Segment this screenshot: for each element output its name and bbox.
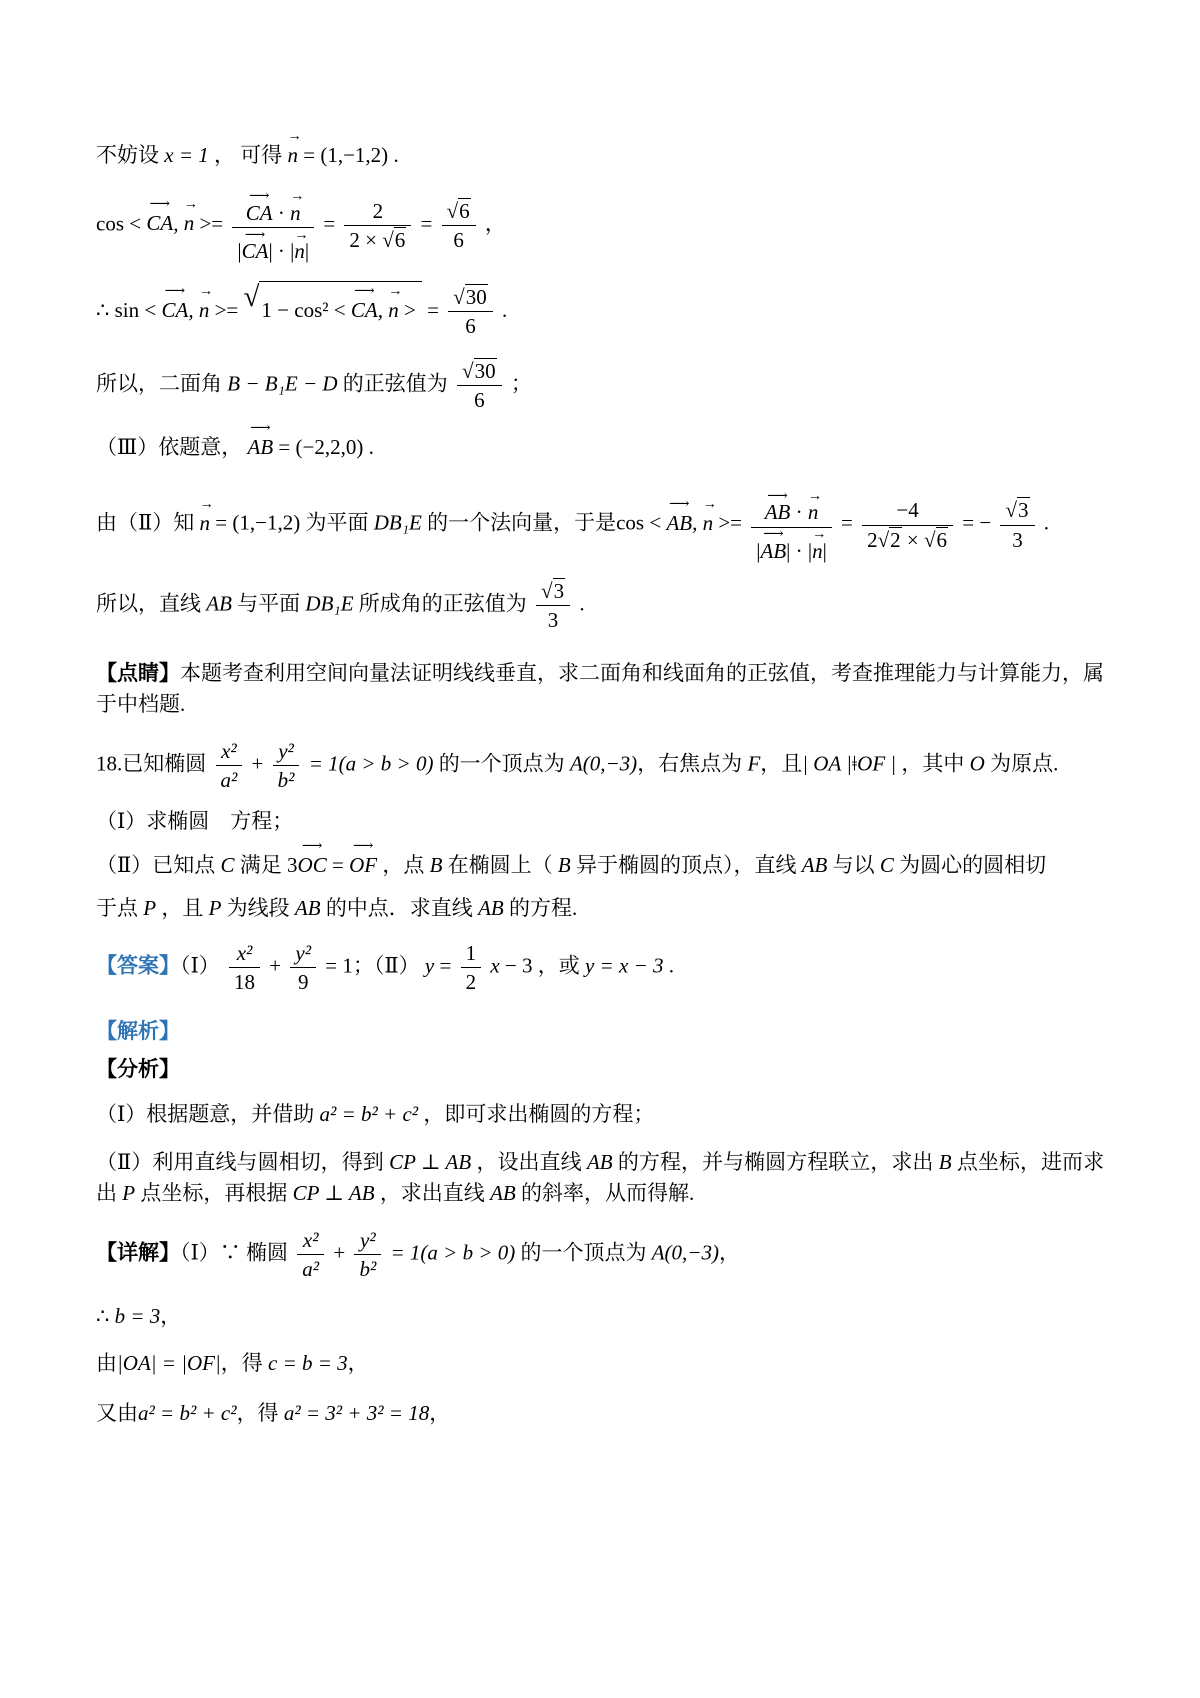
text: 的中点．求直线 [326,896,473,920]
vector-ab: ⟶AB [248,432,274,464]
math: n [288,143,299,167]
denominator: 2 [461,968,482,994]
sqrt: √2 [878,527,902,552]
paragraph-analysis-2: （Ⅱ）利用直线与圆相切，得到 CP ⊥ AB ，设出直线 AB 的方程，并与椭圆… [96,1147,1104,1210]
text: 满足 [240,853,282,877]
math: |OA| = |OF| [117,1351,221,1375]
math: b = 3 [115,1304,161,1328]
math: C [221,853,235,877]
sqrt: √30 [453,284,488,309]
text: 的一个顶点为 [520,1240,646,1264]
math: = [841,511,853,535]
math: n [812,539,823,563]
text: 为圆心的圆相切 [899,853,1046,877]
fraction: ⟶CA · →n |⟶CA| · |→n| [232,188,314,263]
vector-arrow-icon: ⟶ [765,489,791,503]
numerator: √6 [442,199,476,226]
vector-n: →n [808,500,819,524]
text: ，设出直线 [476,1150,581,1174]
paragraph-key-point: 【点睛】本题考查利用空间向量法证明线线垂直，求二面角和线面角的正弦值，考查推理能… [96,658,1104,721]
fraction: x²a² [216,739,243,792]
text: ； [511,371,532,395]
sqrt: √6 [382,227,406,252]
denominator: 18 [229,968,260,994]
fraction: √30 6 [457,359,502,412]
vector-arrow-icon: ⟶ [242,228,269,242]
math: a² = b² + c² [138,1401,237,1425]
text: （Ⅱ）利用直线与圆相切，得到 [96,1150,384,1174]
radical-body: 6 [936,527,949,552]
math: CP ⊥ AB [389,1150,471,1174]
math: = 1；（Ⅱ） [325,953,419,977]
text: . [363,435,374,459]
text: 为平面 [305,511,368,535]
radical-sign: √ [453,285,465,309]
text: 在椭圆上（ [448,853,553,877]
vector-arrow-icon: ⟶ [161,284,188,298]
math: P [209,896,222,920]
math: · [790,500,808,524]
vector-arrow-icon: ⟶ [351,284,378,298]
math: n [184,211,195,235]
math: 1 − cos² < [261,298,345,322]
math: c = b = 3 [268,1351,348,1375]
math: = [427,298,439,322]
radical-sign: √ [924,528,936,552]
text: ， [485,211,506,235]
math: OF [349,853,377,877]
radical-sign: √ [447,199,459,223]
text: 异于椭圆的顶点），直线 [576,853,797,877]
radical-sign: √ [1005,498,1017,522]
text: 由 [96,1351,117,1375]
math: AB [490,1181,516,1205]
math: F [747,751,760,775]
vector-arrow-icon: → [808,489,819,503]
vector-ab: ⟶AB [765,500,791,524]
fraction: y²b² [273,739,300,792]
math: cos < [96,211,141,235]
fraction: √3 3 [1000,498,1034,551]
sqrt-expression: √1 − cos² < ⟶CA, →n > [244,298,422,322]
math: C [880,853,894,877]
math: a² = 3² + 3² = 18 [284,1401,429,1425]
text: − 3 ，或 [505,953,580,977]
text: ， [160,1304,181,1328]
text: ，且 [760,751,802,775]
radical-sign: √ [541,579,553,603]
fraction: y²b² [354,1228,381,1281]
radical-body: 6 [394,227,407,252]
math: CP ⊥ AB [293,1181,375,1205]
vector-ca: ⟶CA [351,295,378,327]
vector-arrow-icon: → [184,197,195,211]
math: AB [248,435,274,459]
vector-ab: ⟶AB [666,508,692,540]
denominator: |⟶CA| · |→n| [232,228,314,263]
fraction: √3 3 [536,579,570,632]
denominator: 6 [448,312,493,338]
math: | · | [786,539,812,563]
sqrt: √3 [541,578,565,603]
math: AB [206,591,232,615]
paragraph-analysis-1: （Ⅰ）根据题意，并借助 a² = b² + c² ，即可求出椭圆的方程； [96,1099,1104,1131]
radical-body: 3 [553,578,566,603]
fraction: x²18 [229,941,260,994]
fraction: 12 [461,941,482,994]
radical-body: 1 − cos² < ⟶CA, →n > [259,281,421,327]
math: n [388,298,399,322]
text: 为线段 [227,896,290,920]
math: n [200,511,211,535]
numerator: 1 [461,941,482,968]
math: CA [246,201,273,225]
math: DB₁E [305,591,353,615]
text: 又由 [96,1401,138,1425]
key-point-tag: 【点睛】 [96,661,180,685]
math: n [290,201,301,225]
denominator: 2 × √6 [344,226,411,252]
text: （Ⅰ） [180,953,220,977]
vector-of: ⟶OF [349,850,377,882]
vector-arrow-icon: → [703,497,714,511]
text: 点坐标，再根据 [140,1181,287,1205]
math: + [269,953,281,977]
math: x [490,953,499,977]
paragraph-analysis-tag: 【分析】 [96,1054,1104,1086]
vector-oc: ⟶OC [298,850,327,882]
math: B [430,853,443,877]
vector-arrow-icon: ⟶ [666,497,692,511]
vector-arrow-icon: → [200,497,211,511]
denominator: a² [297,1255,324,1281]
math: > [404,298,416,322]
radical-sign: √ [244,281,260,313]
math: >= [215,298,239,322]
formula-cos-ca-n: cos < ⟶CA, →n >= ⟶CA · →n |⟶CA| · |→n| =… [96,188,1104,263]
fraction: x²a² [297,1228,324,1281]
radical-sign: √ [878,528,890,552]
denominator: a² [216,766,243,792]
denominator: 2√2 × √6 [862,526,953,552]
denominator: 6 [457,386,502,412]
denominator: |⟶AB| · |→n| [751,528,832,563]
text: 于点 [96,896,138,920]
vector-n: →n [388,295,399,327]
vector-n: →n [812,539,823,563]
text: ， [348,1351,369,1375]
fraction: √6 6 [442,199,476,252]
math: AB [802,853,828,877]
vector-ca: ⟶CA [242,239,269,263]
radical-body: 30 [465,284,488,309]
formula-sin-ca-n: ∴ sin < ⟶CA, →n >= √1 − cos² < ⟶CA, →n >… [96,281,1104,339]
vector-n: →n [199,295,210,327]
text: ，其中 [901,751,964,775]
numerator: ⟶CA · →n [232,188,314,228]
math: = [323,211,335,235]
paragraph-detail-3: 由|OA| = |OF|，得 c = b = 3， [96,1348,1104,1380]
document-page: 不妨设 x = 1 ， 可得 →n = (1,−1,2) . cos < ⟶CA… [0,0,1200,1429]
paragraph-dihedral-conclusion: 所以，二面角 B − B₁E − D 的正弦值为 √30 6 ； [96,359,1104,412]
math: · [273,201,291,225]
numerator: x² [216,739,243,766]
numerator: √30 [457,359,502,386]
denominator: b² [273,766,300,792]
denominator: b² [354,1255,381,1281]
vector-arrow-icon: ⟶ [146,197,173,211]
vector-arrow-icon: → [199,284,210,298]
formula-cos-ab-n: 由（Ⅱ）知 →n = (1,−1,2) 为平面 DB₁E 的一个法向量，于是co… [96,487,1104,562]
math: B [939,1150,952,1174]
text: 的一个法向量，于是 [427,511,616,535]
math: n [703,511,714,535]
denominator: 9 [290,968,316,994]
math: DB₁E [374,511,422,535]
math: A(0,−3) [570,751,637,775]
numerator: x² [297,1228,324,1255]
numerator: ⟶AB · →n [751,487,832,527]
text: 由（Ⅱ）知 [96,511,194,535]
text: （Ⅰ）∵ 椭圆 [180,1240,288,1264]
text: ，且 [161,896,203,920]
vector-n: →n [290,201,301,225]
text: . [1044,511,1049,535]
text: 的方程，并与椭圆方程联立，求出 [618,1150,934,1174]
text: . [388,143,399,167]
math: B [558,853,571,877]
text: 的方程. [509,896,577,920]
paragraph-explanation-tag: 【解析】 [96,1016,1104,1048]
paragraph-answer: 【答案】（Ⅰ） x²18 + y²9 = 1；（Ⅱ） y = 12 x − 3 … [96,941,1104,994]
math: = [421,211,433,235]
math: y [425,953,434,977]
math: CA [161,298,188,322]
fraction: ⟶AB · →n |⟶AB| · |→n| [751,487,832,562]
text: 所以，直线 [96,591,201,615]
math: | [823,539,827,563]
vector-n: →n [288,140,299,172]
paragraph-detail-4: 又由a² = b² + c²，得 a² = 3² + 3² = 18， [96,1398,1104,1430]
text: （Ⅱ）已知点 [96,853,215,877]
paragraph-question-2b: 于点 P ，且 P 为线段 AB 的中点．求直线 AB 的方程. [96,893,1104,925]
text: ， [429,1401,450,1425]
math: cos < [616,511,661,535]
numerator: y² [273,739,300,766]
math: >= [718,511,742,535]
math: = 1(a > b > 0) [390,1240,515,1264]
fraction: 2 2 × √6 [344,199,411,252]
math: = (−2,2,0) [278,435,363,459]
vector-n: →n [703,508,714,540]
math: x = 1 [164,143,209,167]
text: 已知椭圆 [122,751,206,775]
math: = 1(a > b > 0) [309,751,434,775]
sqrt: √30 [462,358,497,383]
paragraph-question-1: （Ⅰ）求椭圆 方程； [96,806,1104,838]
text: ，求出直线 [380,1181,485,1205]
text: . [579,591,584,615]
vector-arrow-icon: ⟶ [761,527,787,541]
vector-arrow-icon: ⟶ [349,839,377,853]
paragraph-question-2: （Ⅱ）已知点 C 满足 3⟶OC = ⟶OF ，点 B 在椭圆上（ B 异于椭圆… [96,850,1104,882]
text: ， 可得 [214,143,282,167]
math: 2 [867,528,878,552]
math: a² = b² + c² [320,1102,419,1126]
numerator: √3 [536,579,570,606]
paragraph-part3: （Ⅲ）依题意， ⟶AB = (−2,2,0) . [96,432,1104,464]
analysis-tag: 【分析】 [96,1057,180,1081]
fraction: −4 2√2 × √6 [862,498,953,551]
text: 不妨设 [96,143,159,167]
math: A(0,−3) [652,1240,719,1264]
math: n [199,298,210,322]
vector-arrow-icon: → [812,527,823,541]
denominator: 6 [442,226,476,252]
math: = [332,853,344,877]
vector-n: →n [294,239,305,263]
vector-n: →n [200,508,211,540]
math: >= [199,211,223,235]
math: AB [478,896,504,920]
sqrt: √6 [447,198,471,223]
numerator: −4 [862,498,953,525]
radical-body: 2 [889,527,902,552]
detail-tag: 【详解】 [96,1240,180,1264]
text: 所以，二面角 [96,371,222,395]
math: B − B₁E − D [227,371,337,395]
text: （Ⅲ）依题意， [96,435,242,459]
paragraph-set-x: 不妨设 x = 1 ， 可得 →n = (1,−1,2) . [96,140,1104,172]
vector-arrow-icon: → [288,129,299,143]
text: ，得 [221,1351,263,1375]
math: | OA |ǂOF | [802,751,896,775]
math: , [188,298,193,322]
text: ，得 [237,1401,279,1425]
radical-sign: √ [462,359,474,383]
explanation-tag: 【解析】 [96,1019,180,1043]
paragraph-detail-1: 【详解】（Ⅰ）∵ 椭圆 x²a² + y²b² = 1(a > b > 0) 的… [96,1228,1104,1281]
problem-number: 18. [96,751,122,775]
math: AB [761,539,787,563]
text: . [663,953,674,977]
numerator: 2 [344,199,411,226]
radical-sign: √ [382,228,394,252]
math: , [173,211,178,235]
text: ，即可求出椭圆的方程； [423,1102,654,1126]
math: × [902,528,924,552]
paragraph-line-plane-conclusion: 所以，直线 AB 与平面 DB₁E 所成角的正弦值为 √3 3 . [96,579,1104,632]
math: P [122,1181,135,1205]
math: , [692,511,697,535]
text: ，点 [382,853,424,877]
math: CA [351,298,378,322]
vector-arrow-icon: → [388,284,399,298]
text: . [502,298,507,322]
vector-arrow-icon: ⟶ [246,189,273,203]
vector-ca: ⟶CA [161,295,188,327]
numerator: y² [290,941,316,968]
numerator: y² [354,1228,381,1255]
text: 与平面 [237,591,300,615]
numerator: √30 [448,285,493,312]
sqrt: √3 [1005,497,1029,522]
math: , [378,298,383,322]
radical-body: 30 [474,358,497,383]
text: 的一个顶点为 [439,751,565,775]
math: ∴ sin < [96,298,156,322]
paragraph-detail-2: ∴ b = 3， [96,1301,1104,1333]
fraction: y²9 [290,941,316,994]
math: CA [146,211,173,235]
math: = (1,−1,2) [215,511,300,535]
math: AB [587,1150,613,1174]
math: = − [962,511,991,535]
math: AB [295,896,321,920]
vector-ca: ⟶CA [146,208,173,240]
fraction: √30 6 [448,285,493,338]
radical-body: 6 [458,198,471,223]
numerator: √3 [1000,498,1034,525]
math: 2 × [349,228,382,252]
text: 所成角的正弦值为 [359,591,527,615]
text: 的正弦值为 [343,371,448,395]
vector-arrow-icon: ⟶ [248,421,274,435]
paragraph-problem-18: 18.已知椭圆 x²a² + y²b² = 1(a > b > 0) 的一个顶点… [96,739,1104,792]
math: P [143,896,156,920]
text: （Ⅰ）求椭圆 方程； [96,809,293,833]
text: 的斜率，从而得解. [521,1181,694,1205]
math: AB [666,511,692,535]
text: 与以 [833,853,875,877]
text: （Ⅰ）根据题意，并借助 [96,1102,314,1126]
math: | · | [268,239,294,263]
sqrt: √6 [924,527,948,552]
denominator: 3 [1000,526,1034,552]
math: = [439,953,451,977]
vector-n: →n [184,208,195,240]
math: + [333,1240,345,1264]
answer-tag: 【答案】 [96,953,180,977]
vector-ca: ⟶CA [246,201,273,225]
math: + [252,751,264,775]
vector-ab: ⟶AB [761,539,787,563]
text: 为原点. [990,751,1058,775]
math: 3 [287,853,298,877]
numerator: x² [229,941,260,968]
text: 本题考查利用空间向量法证明线线垂直，求二面角和线面角的正弦值，考查推理能力与计算… [96,661,1104,717]
math: OC [298,853,327,877]
math: O [970,751,985,775]
math: ∴ [96,1304,109,1328]
vector-arrow-icon: ⟶ [298,839,327,853]
vector-arrow-icon: → [290,189,301,203]
text: ， [719,1240,740,1264]
math: = (1,−1,2) [303,143,388,167]
vector-arrow-icon: → [294,228,305,242]
text: ，右焦点为 [637,751,742,775]
radical-body: 3 [1017,497,1030,522]
math: y = x − 3 [585,953,663,977]
denominator: 3 [536,606,570,632]
